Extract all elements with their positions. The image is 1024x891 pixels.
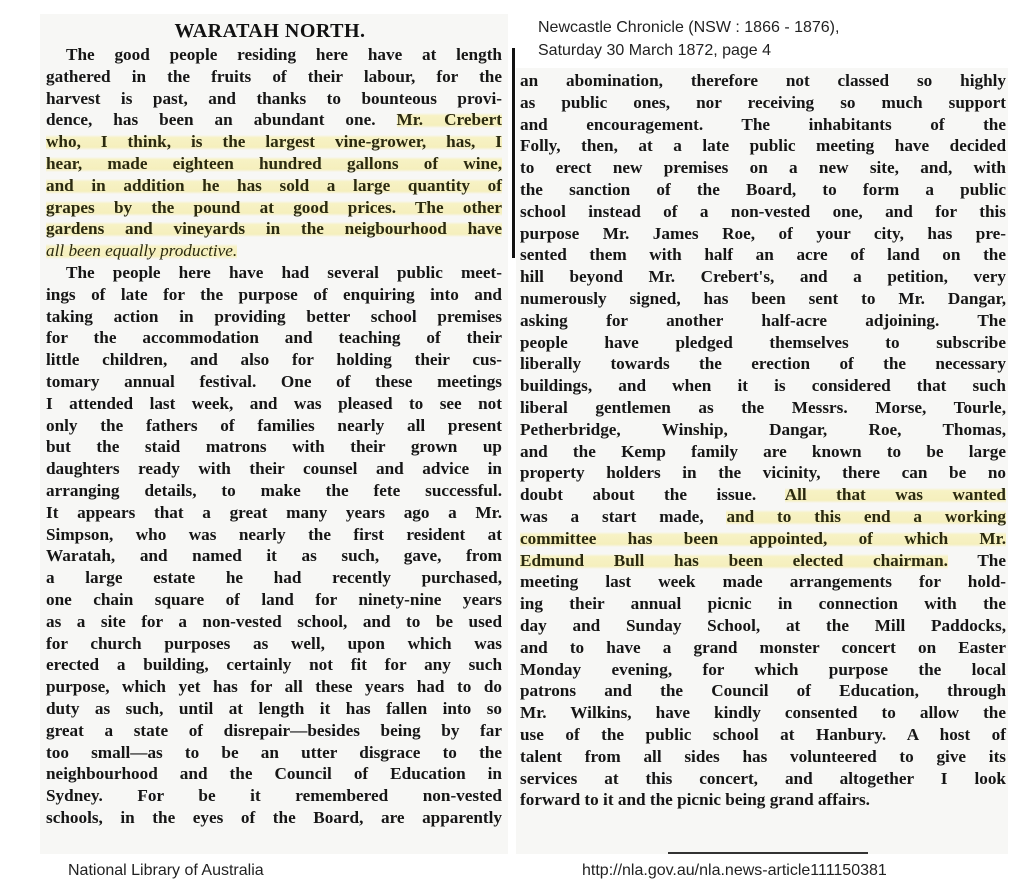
footer-credit: National Library of Australia	[68, 862, 264, 880]
article-line: gardens and vineyards in the neigbourhoo…	[46, 218, 502, 240]
article-line: liberally towards the erection of the ne…	[520, 353, 1006, 375]
article-line: hill beyond Mr. Crebert's, and a petitio…	[520, 266, 1006, 288]
article-line: asking for another half-acre adjoining. …	[520, 310, 1006, 332]
article-line: I attended last week, and was pleased to…	[46, 393, 502, 415]
article-line: schools, in the eyes of the Board, are a…	[46, 807, 502, 829]
article-line: people have pledged themselves to subscr…	[520, 332, 1006, 354]
article-line: Monday evening, for which purpose the lo…	[520, 659, 1006, 681]
article-line: ing their annual picnic in connection wi…	[520, 593, 1006, 615]
clipping-page: Newcastle Chronicle (NSW : 1866 - 1876),…	[0, 0, 1024, 891]
article-line: as public ones, nor receiving so much su…	[520, 92, 1006, 114]
article-line: purpose, which yet has for all these yea…	[46, 676, 502, 698]
article-line: duty as such, until at length it has fal…	[46, 698, 502, 720]
article-line: and in addition he has sold a large quan…	[46, 175, 502, 197]
article-line: Sydney. For be it remembered non-vested	[46, 785, 502, 807]
article-line: liberal gentlemen as the Messrs. Morse, …	[520, 397, 1006, 419]
article-line: grapes by the pound at good prices. The …	[46, 197, 502, 219]
article-line: Simpson, who was nearly the first reside…	[46, 524, 502, 546]
source-publication: Newcastle Chronicle (NSW : 1866 - 1876),	[538, 16, 839, 39]
article-line: one chain square of land for ninety-nine…	[46, 589, 502, 611]
article-line: property holders in the vicinity, there …	[520, 462, 1006, 484]
article-line: school instead of a non-vested one, and …	[520, 201, 1006, 223]
article-line: who, I think, is the largest vine-grower…	[46, 131, 502, 153]
article-line: Waratah, and named it as such, gave, fro…	[46, 545, 502, 567]
article-line: an abomination, therefore not classed so…	[520, 70, 1006, 92]
column-rule	[512, 48, 515, 258]
article-line: purpose Mr. James Roe, of your city, has…	[520, 223, 1006, 245]
article-line: little children, and also for holding th…	[46, 349, 502, 371]
article-line: all been equally productive.	[46, 240, 502, 262]
article-line: numerously signed, has been sent to Mr. …	[520, 288, 1006, 310]
article-line: harvest is past, and thanks to bounteous…	[46, 88, 502, 110]
article-line: The people here have had several public …	[46, 262, 502, 284]
article-line: services at this concert, and altogether…	[520, 768, 1006, 790]
article-line: patrons and the Council of Education, th…	[520, 680, 1006, 702]
article-end-rule	[668, 852, 868, 854]
article-line: forward to it and the picnic being grand…	[520, 789, 1006, 811]
article-line: sented them with half an acre of land on…	[520, 244, 1006, 266]
article-line: was a start made, and to this end a work…	[520, 506, 1006, 528]
article-line: tomary annual festival. One of these mee…	[46, 371, 502, 393]
article-line: only the fathers of families nearly all …	[46, 415, 502, 437]
source-date-page: Saturday 30 March 1872, page 4	[538, 39, 839, 62]
article-line: neighbourhood and the Council of Educati…	[46, 763, 502, 785]
article-left-column: The good people residing here have at le…	[46, 44, 502, 829]
article-line: taking action in providing better school…	[46, 306, 502, 328]
article-line: but the staid matrons with their grown u…	[46, 436, 502, 458]
article-line: great a state of disrepair—besides being…	[46, 720, 502, 742]
article-line: meeting last week made arrangements for …	[520, 571, 1006, 593]
article-headline: WARATAH NORTH.	[40, 20, 500, 43]
article-line: ings of late for the purpose of enquirin…	[46, 284, 502, 306]
article-line: Petherbridge, Winship, Dangar, Roe, Thom…	[520, 419, 1006, 441]
source-citation: Newcastle Chronicle (NSW : 1866 - 1876),…	[538, 16, 839, 62]
article-line: daughters ready with their counsel and a…	[46, 458, 502, 480]
article-line: hear, made eighteen hundred gallons of w…	[46, 153, 502, 175]
article-line: doubt about the issue. All that was want…	[520, 484, 1006, 506]
article-line: and encouragement. The inhabitants of th…	[520, 114, 1006, 136]
article-line: for church purposes as well, upon which …	[46, 633, 502, 655]
article-line: a large estate he had recently purchased…	[46, 567, 502, 589]
article-line: The good people residing here have at le…	[46, 44, 502, 66]
article-line: the sanction of the Board, to form a pub…	[520, 179, 1006, 201]
article-line: day and Sunday School, at the Mill Paddo…	[520, 615, 1006, 637]
article-line: Folly, then, at a late public meeting ha…	[520, 135, 1006, 157]
article-line: arranging details, to make the fete succ…	[46, 480, 502, 502]
article-line: as a site for a non-vested school, and t…	[46, 611, 502, 633]
article-line: dence, has been an abundant one. Mr. Cre…	[46, 109, 502, 131]
article-line: and to have a grand monster concert on E…	[520, 637, 1006, 659]
article-line: committee has been appointed, of which M…	[520, 528, 1006, 550]
article-line: erected a building, certainly not fit fo…	[46, 654, 502, 676]
article-line: buildings, and when it is considered tha…	[520, 375, 1006, 397]
article-line: It appears that a great many years ago a…	[46, 502, 502, 524]
article-right-column: an abomination, therefore not classed so…	[520, 70, 1006, 811]
article-line: and the Kemp family are known to be larg…	[520, 441, 1006, 463]
article-line: Edmund Bull has been elected chairman. T…	[520, 550, 1006, 572]
article-line: Mr. Wilkins, have kindly consented to al…	[520, 702, 1006, 724]
article-line: talent from all sides has volunteered to…	[520, 746, 1006, 768]
article-line: use of the public school at Hanbury. A h…	[520, 724, 1006, 746]
article-line: too small—as to be an utter disgrace to …	[46, 742, 502, 764]
article-line: to erect new premises on a new site, and…	[520, 157, 1006, 179]
article-line: gathered in the fruits of their labour, …	[46, 66, 502, 88]
footer-url[interactable]: http://nla.gov.au/nla.news-article111150…	[582, 862, 887, 880]
article-line: for the accommodation and teaching of th…	[46, 327, 502, 349]
